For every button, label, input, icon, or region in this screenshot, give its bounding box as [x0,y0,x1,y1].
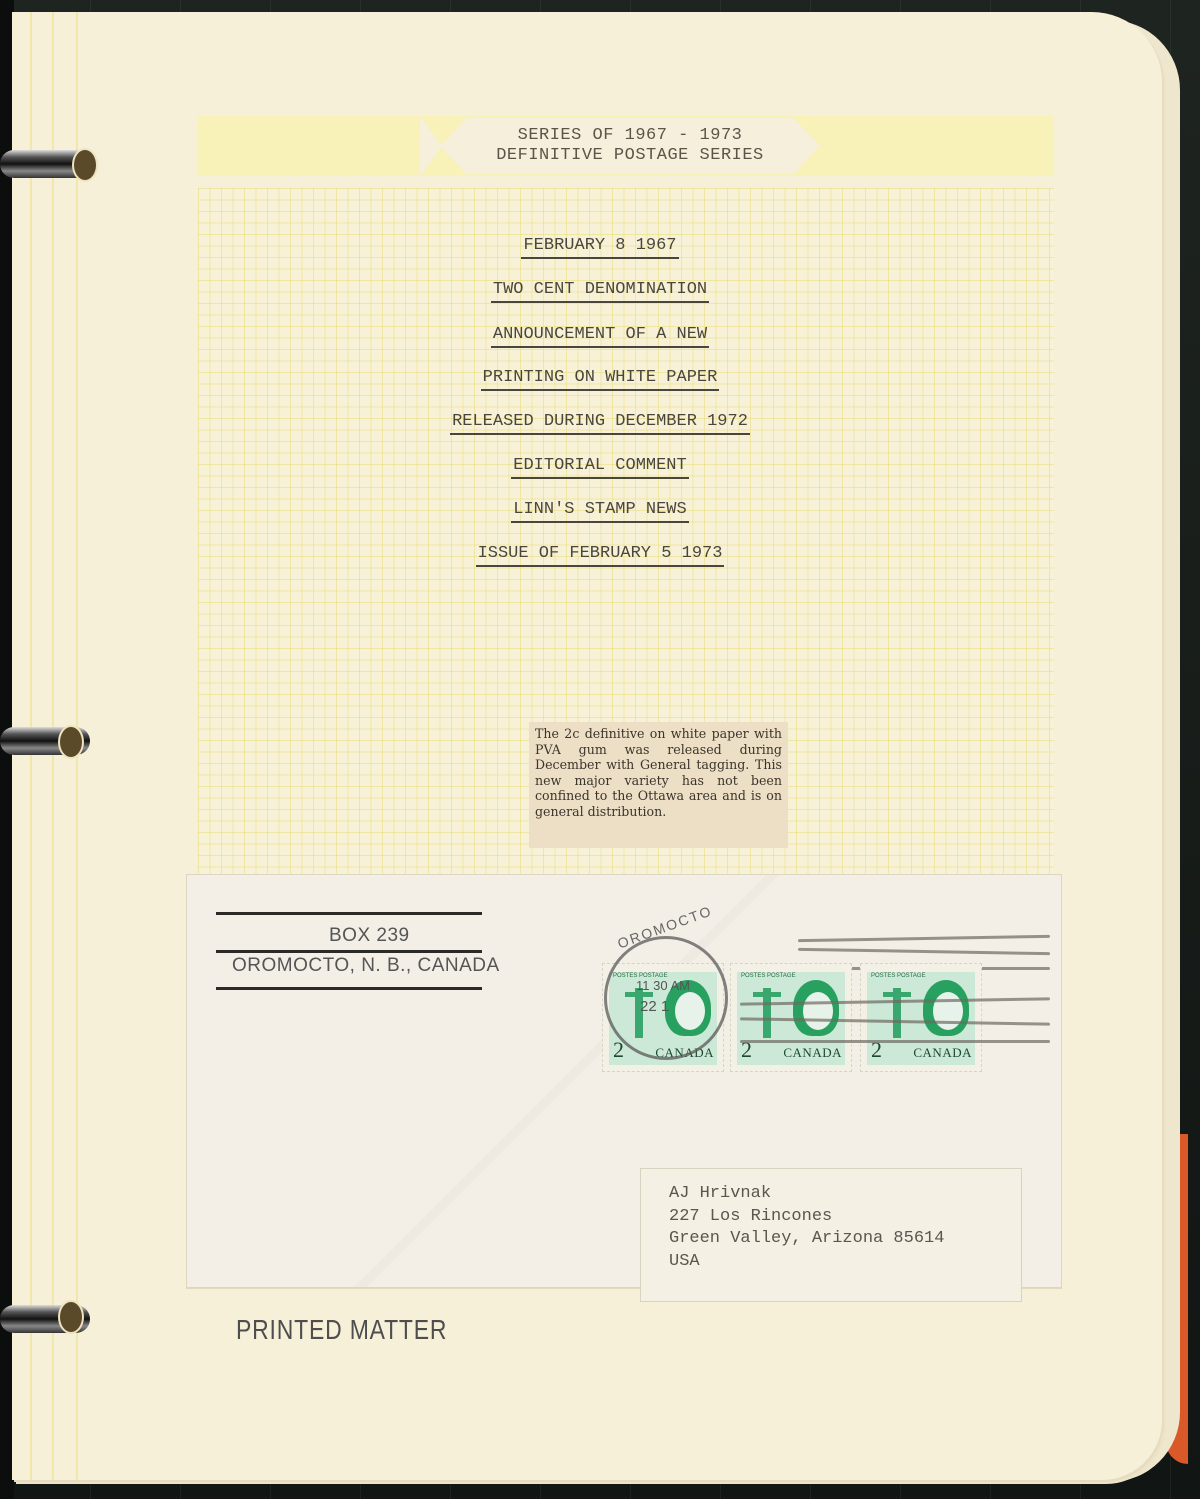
address-label: AJ Hrivnak 227 Los Rincones Green Valley… [640,1168,1022,1302]
address-line-3: Green Valley, Arizona 85614 [669,1228,1021,1251]
stamp-country: CANADA [783,1045,842,1061]
printed-matter-marking: PRINTED MATTER [236,1314,447,1346]
heading-denomination: TWO CENT DENOMINATION [0,280,1200,299]
postmark-date: 22 1 [640,998,669,1015]
address-line-4: USA [669,1251,1021,1274]
heading-publication: LINN'S STAMP NEWS [0,500,1200,519]
totem-arms-icon [753,992,781,997]
heading-issue: ISSUE OF FEBRUARY 5 1973 [0,544,1200,563]
postage-stamp-3: POSTES POSTAGE 2 CANADA [860,963,982,1072]
heading-printing: PRINTING ON WHITE PAPER [0,368,1200,387]
portrait-face-icon [803,992,833,1030]
portrait-face-icon [933,992,963,1030]
return-address-line-1: BOX 239 [329,925,410,947]
banner-line-1: SERIES OF 1967 - 1973 [518,126,743,146]
punch-hole [58,1300,84,1334]
banner-title: SERIES OF 1967 - 1973 DEFINITIVE POSTAGE… [440,118,820,174]
punch-hole [58,725,84,759]
return-address-rule [216,950,482,953]
address-line-1: AJ Hrivnak [669,1183,1021,1206]
address-line-2: 227 Los Rincones [669,1206,1021,1229]
heading-released: RELEASED DURING DECEMBER 1972 [0,412,1200,431]
postmark-time: 11 30 AM [636,978,690,993]
stamp-country: CANADA [913,1045,972,1061]
cancel-wave-line [740,1040,1050,1043]
heading-editorial: EDITORIAL COMMENT [0,456,1200,475]
newspaper-clipping: The 2c definitive on white paper with PV… [529,722,788,848]
banner-line-2: DEFINITIVE POSTAGE SERIES [496,146,764,166]
totem-arms-icon [883,992,911,997]
return-address-rule [216,912,482,915]
stamp-postes-label: POSTES POSTAGE [871,973,926,979]
return-address-rule [216,987,482,990]
stamp-postes-label: POSTES POSTAGE [741,973,796,979]
banner-notch-left [420,116,442,176]
heading-announcement: ANNOUNCEMENT OF A NEW [0,325,1200,344]
punch-hole [72,148,98,182]
heading-date: FEBRUARY 8 1967 [0,236,1200,255]
return-address-line-2: OROMOCTO, N. B., CANADA [232,955,500,977]
